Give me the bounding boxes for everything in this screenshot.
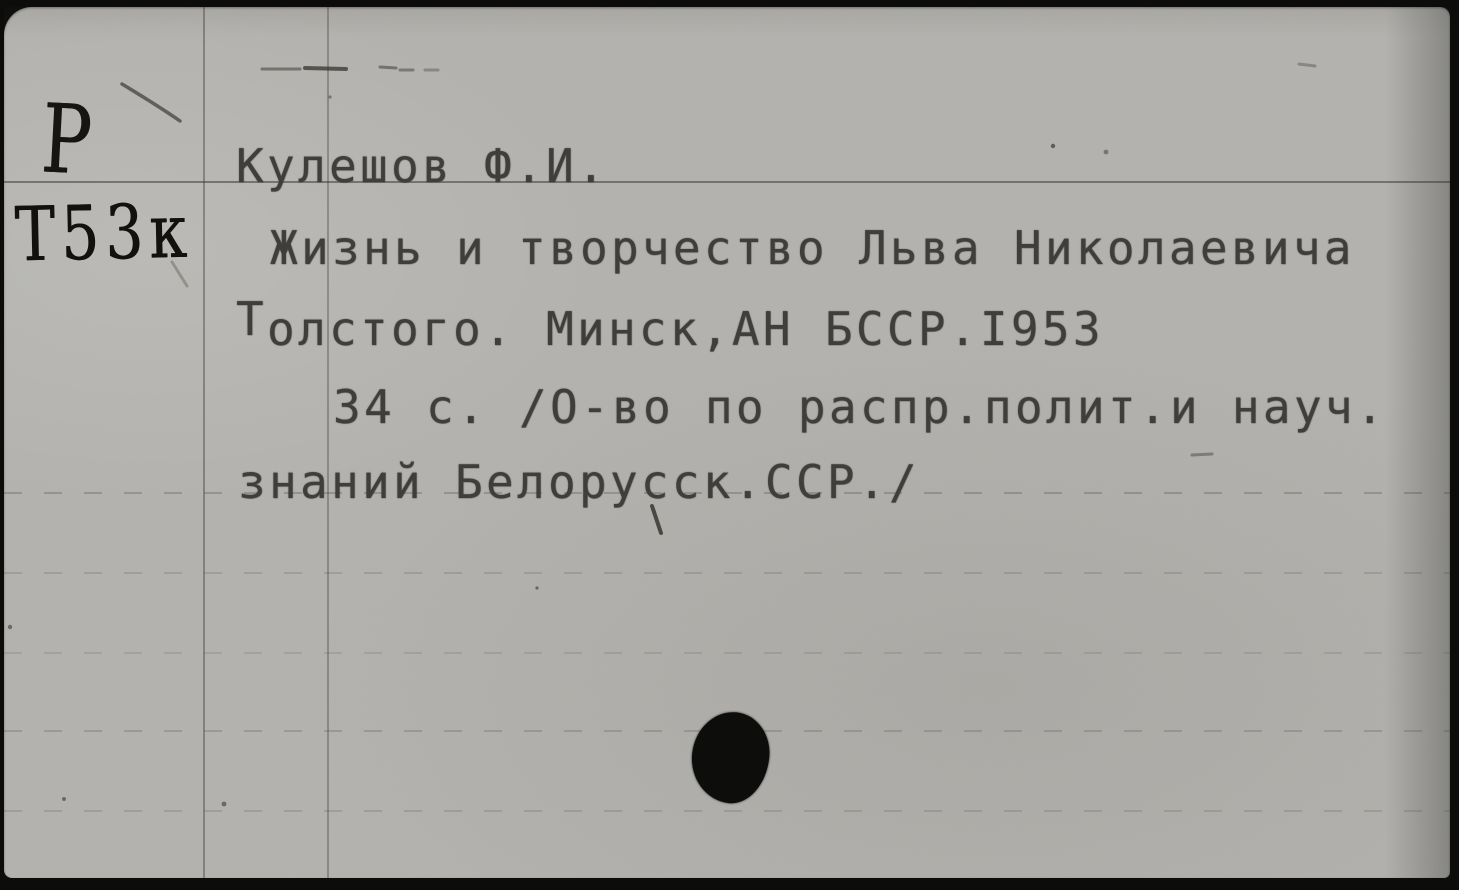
title-line-2-text: олстого. Минск,АН БССР.I953 — [267, 302, 1104, 356]
call-number-shelf-code: Т53к — [14, 194, 193, 273]
scanned-catalog-card: Р Т53к Кулешов Ф.И. Жизнь и творчество Л… — [0, 0, 1459, 890]
ruled-line — [4, 810, 1450, 812]
collation-line-2: знаний Белорусск.ССР./ — [238, 459, 920, 505]
vertical-margin-rule-right — [327, 7, 329, 878]
collation-line-1: 34 с. /О-во по распр.полит.и науч. — [333, 384, 1387, 430]
call-number-class-letter: Р — [39, 92, 94, 190]
title-line-1: Жизнь и творчество Льва Николаевича — [270, 225, 1355, 271]
header-rule — [4, 181, 1450, 183]
ruled-line — [4, 572, 1450, 574]
vertical-margin-rule-left — [203, 7, 205, 878]
ruled-line — [4, 652, 1450, 654]
author-line: Кулешов Ф.И. — [236, 143, 608, 189]
title-line-2-raised-initial: Т — [236, 292, 267, 346]
title-line-2: Толстого. Минск,АН БССР.I953 — [236, 306, 1104, 352]
